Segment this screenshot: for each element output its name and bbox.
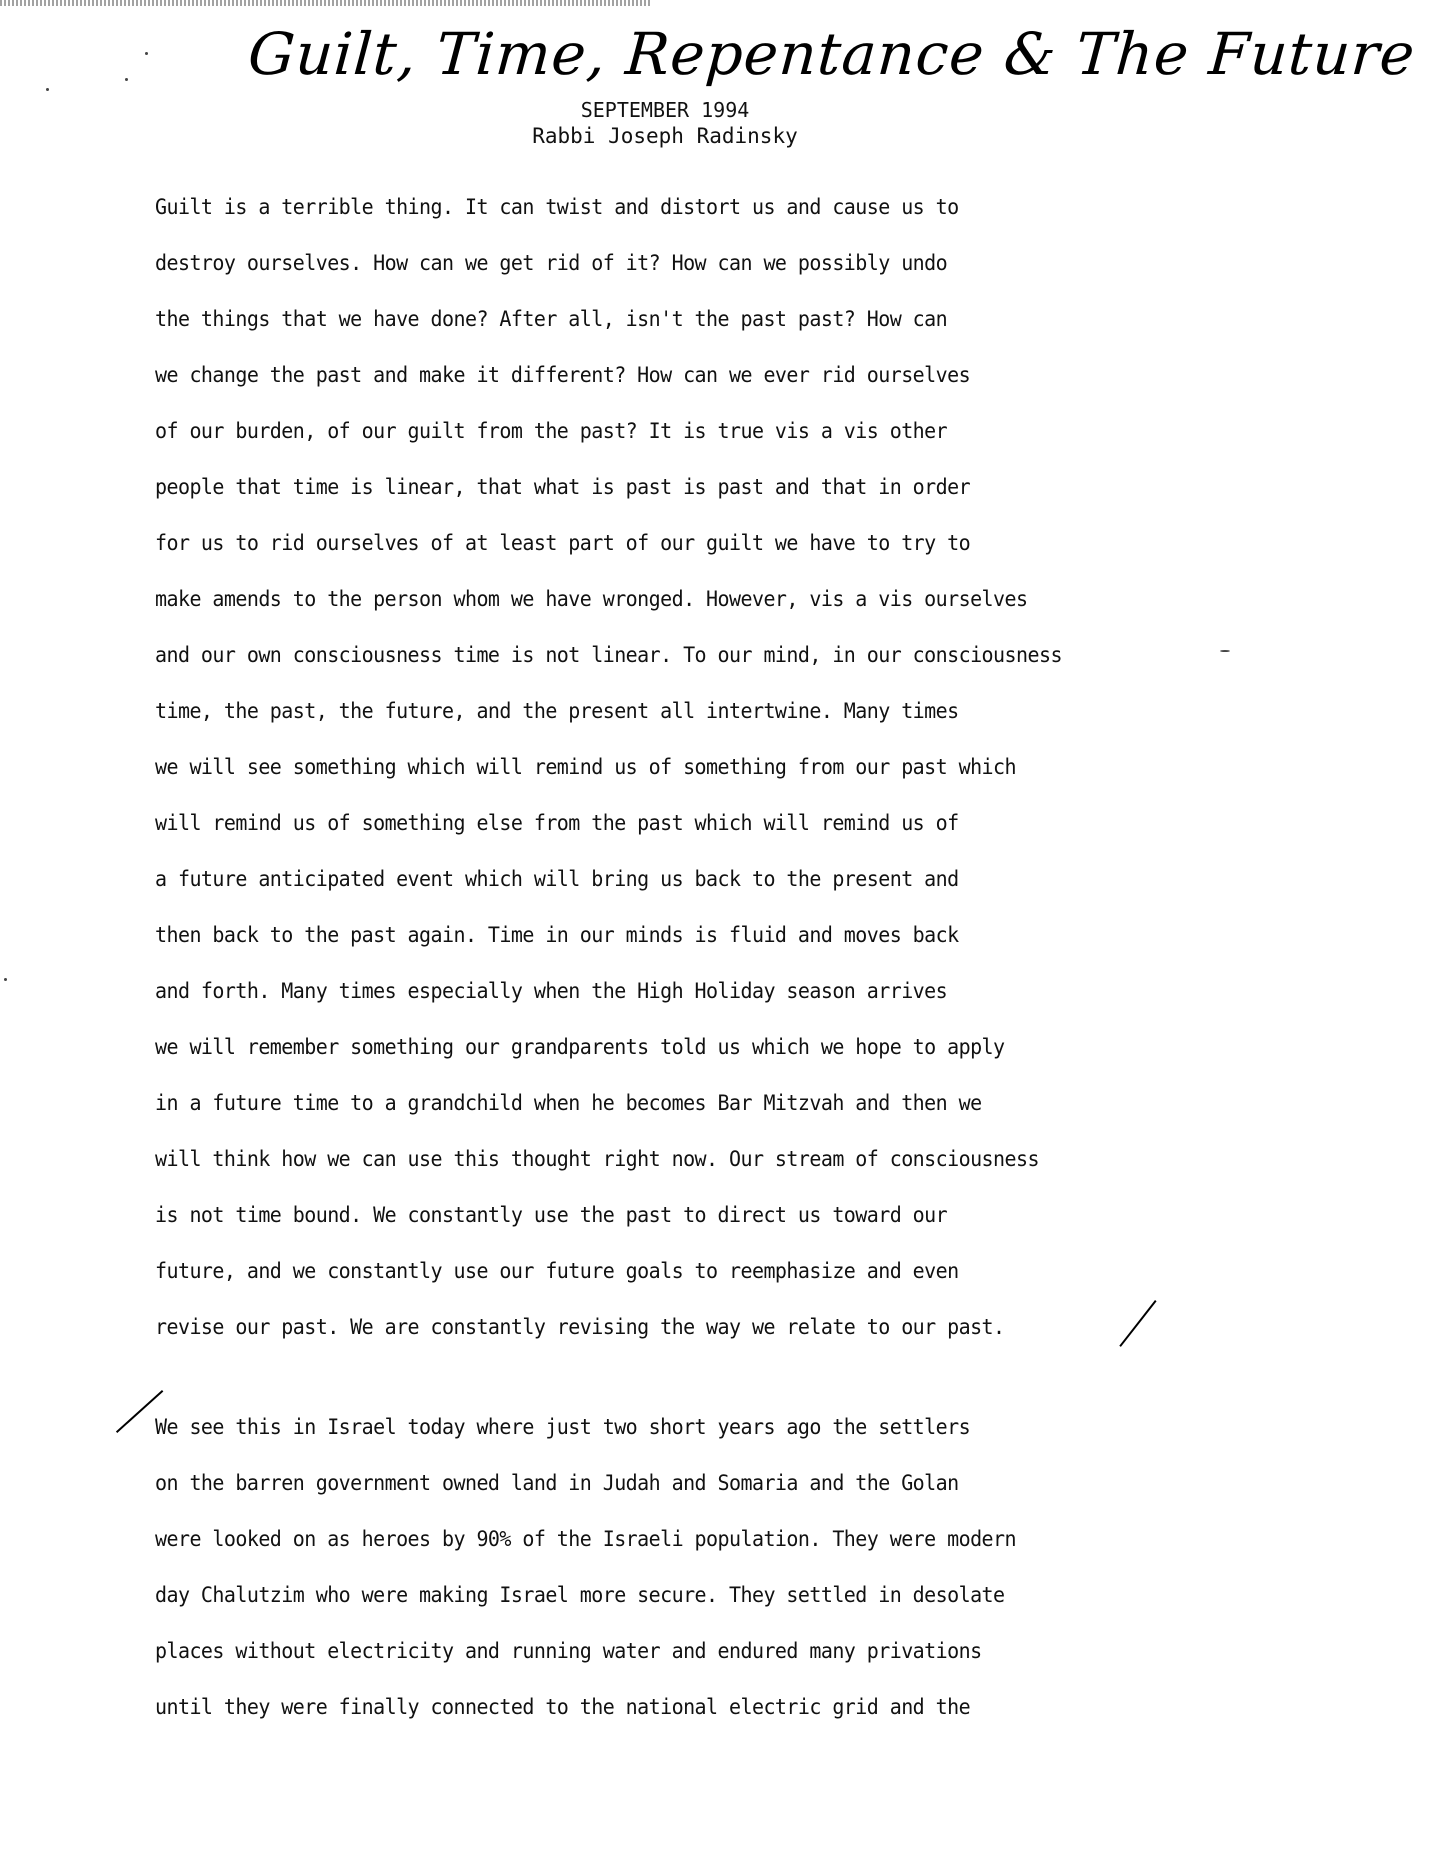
text-line: the things that we have done? After all,…	[155, 292, 1159, 348]
text-line: we will see something which will remind …	[155, 740, 1159, 796]
text-line: future, and we constantly use our future…	[155, 1244, 1159, 1300]
text-line: and our own consciousness time is not li…	[155, 628, 1159, 684]
text-line: is not time bound. We constantly use the…	[155, 1188, 1159, 1244]
paragraph-2: We see this in Israel today where just t…	[155, 1400, 1235, 1736]
text-line: of our burden, of our guilt from the pas…	[155, 404, 1159, 460]
text-line: were looked on as heroes by 90% of the I…	[155, 1512, 1159, 1568]
text-line: will remind us of something else from th…	[155, 796, 1159, 852]
document-date: SEPTEMBER 1994	[0, 98, 1330, 122]
text-line: revise our past. We are constantly revis…	[155, 1300, 1159, 1356]
text-line: make amends to the person whom we have w…	[155, 572, 1159, 628]
text-line: on the barren government owned land in J…	[155, 1456, 1159, 1512]
text-line: day Chalutzim who were making Israel mor…	[155, 1568, 1159, 1624]
text-line: then back to the past again. Time in our…	[155, 908, 1159, 964]
text-line: a future anticipated event which will br…	[155, 852, 1159, 908]
text-line: We see this in Israel today where just t…	[155, 1400, 1159, 1456]
text-line: time, the past, the future, and the pres…	[155, 684, 1159, 740]
scan-speck	[125, 78, 128, 81]
text-line: people that time is linear, that what is…	[155, 460, 1159, 516]
text-line: destroy ourselves. How can we get rid of…	[155, 236, 1159, 292]
text-line: places without electricity and running w…	[155, 1624, 1159, 1680]
text-line: we will remember something our grandpare…	[155, 1020, 1159, 1076]
text-line: until they were finally connected to the…	[155, 1680, 1159, 1736]
text-line: in a future time to a grandchild when he…	[155, 1076, 1159, 1132]
text-line: for us to rid ourselves of at least part…	[155, 516, 1159, 572]
handwritten-title: Guilt, Time, Repentance & The Future	[245, 20, 1131, 100]
scan-speck	[46, 88, 49, 91]
text-line: we change the past and make it different…	[155, 348, 1159, 404]
scan-edge-artifact	[0, 0, 650, 6]
text-line: and forth. Many times especially when th…	[155, 964, 1159, 1020]
document-author: Rabbi Joseph Radinsky	[0, 124, 1330, 148]
scan-speck	[145, 52, 148, 55]
paragraph-1: Guilt is a terrible thing. It can twist …	[155, 180, 1235, 1356]
scan-speck	[1220, 650, 1230, 652]
text-line: Guilt is a terrible thing. It can twist …	[155, 180, 1159, 236]
text-line: will think how we can use this thought r…	[155, 1132, 1159, 1188]
scan-speck	[4, 978, 7, 981]
